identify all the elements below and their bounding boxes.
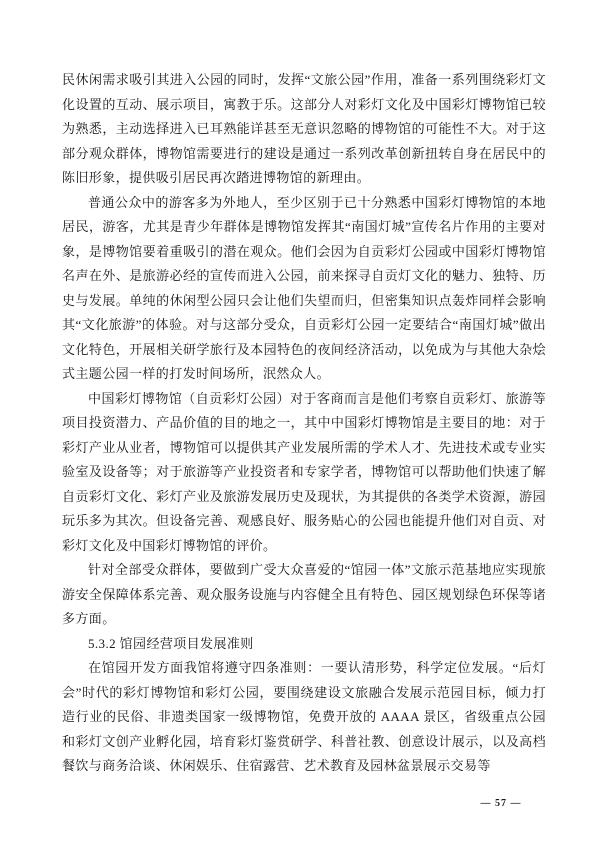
document-page: 民休闲需求吸引其进入公园的同时，发挥“文旅公园”作用，准备一系列围绕彩灯文化设置… (0, 0, 608, 860)
body-paragraph: 普通公众中的游客多为外地人，至少区别于已十分熟悉中国彩灯博物馆的本地居民，游客，… (62, 191, 546, 387)
document-text-block: 民休闲需求吸引其进入公园的同时，发挥“文旅公园”作用，准备一系列围绕彩灯文化设置… (62, 68, 546, 779)
page-number-footer: — 57 — (455, 797, 547, 811)
body-paragraph: 中国彩灯博物馆（自贡彩灯公园）对于客商而言是他们考察自贡彩灯、旅游等项目投资潜力… (62, 387, 546, 559)
body-paragraph: 针对全部受众群体，要做到广受大众喜爱的“馆园一体”文旅示范基地应实现旅游安全保障… (62, 558, 546, 632)
body-paragraph: 在馆园开发方面我馆将遵守四条准则：一要认清形势，科学定位发展。“后灯会”时代的彩… (62, 656, 546, 779)
body-paragraph-continuation: 民休闲需求吸引其进入公园的同时，发挥“文旅公园”作用，准备一系列围绕彩灯文化设置… (62, 68, 546, 191)
section-heading: 5.3.2 馆园经营项目发展准则 (62, 632, 546, 657)
